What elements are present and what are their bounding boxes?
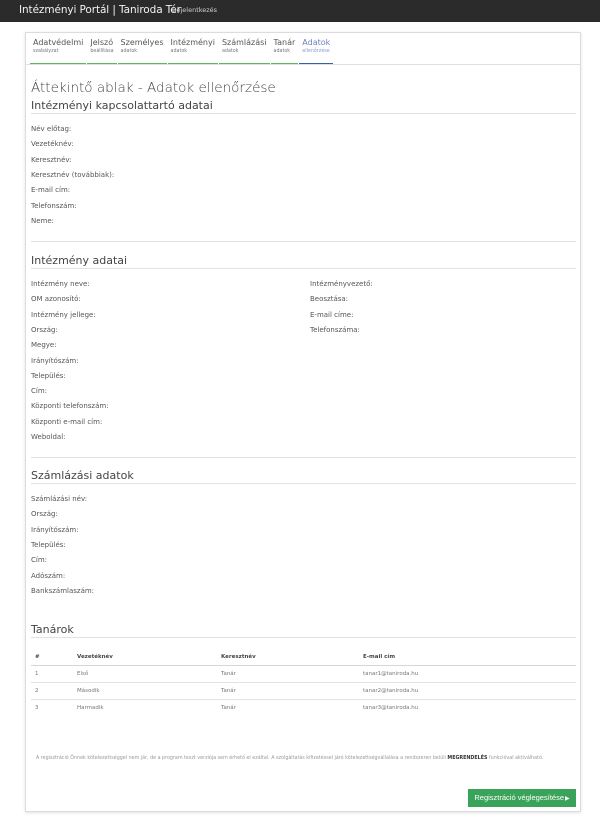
table-cell: tanar3@taniroda.hu	[359, 699, 576, 716]
section-rule	[31, 113, 576, 114]
tab-title: Tanár	[274, 38, 296, 48]
billing-field-label: Település:	[31, 541, 66, 549]
contact-field-label: Keresztnév (továbbiak):	[31, 171, 114, 179]
tab-title: Adatok	[302, 38, 330, 48]
billing-field-label: Irányítószám:	[31, 526, 79, 534]
institution-field-label: Intézmény jellege:	[31, 311, 96, 319]
contact-field-label: Név előtag:	[31, 125, 71, 133]
tabs-divider	[26, 64, 580, 65]
table-cell: Első	[73, 665, 217, 682]
table-cell: Tanár	[217, 682, 359, 699]
wizard-tabs: AdatvédelmiszabályzatJelszóbeállításaSze…	[30, 38, 334, 64]
institution-field-label: Intézmény neve:	[31, 280, 90, 288]
tab-tan-r[interactable]: Tanáradatok	[271, 38, 299, 64]
tab-subtitle: szabályzat	[33, 48, 83, 56]
institution-field-label: Megye:	[31, 341, 57, 349]
column-header: Vezetéknév	[73, 649, 217, 665]
tab-title: Jelszó	[90, 38, 113, 48]
tab-szem-lyes[interactable]: Személyesadatok	[118, 38, 167, 64]
table-cell: Második	[73, 682, 217, 699]
table-cell: Harmadik	[73, 699, 217, 716]
contact-field-label: Vezetéknév:	[31, 140, 74, 148]
column-header: Keresztnév	[217, 649, 359, 665]
billing-field-label: Bankszámlaszám:	[31, 587, 94, 595]
tab-subtitle: adatok	[274, 48, 296, 56]
section-title-institution: Intézmény adatai	[31, 254, 127, 267]
teachers-table: #VezetéknévKeresztnévE-mail cím 1ElsőTan…	[31, 649, 576, 716]
institution-field-label: Cím:	[31, 387, 47, 395]
section-divider	[31, 241, 576, 242]
institution-leader-field-label: Intézményvezető:	[310, 280, 373, 288]
finalize-registration-label: Regisztráció véglegesítése	[474, 793, 564, 802]
caret-right-icon: ▶	[565, 796, 570, 802]
institution-leader-field-label: E-mail címe:	[310, 311, 353, 319]
billing-field-label: Cím:	[31, 556, 47, 564]
institution-field-label: OM azonosító:	[31, 295, 81, 303]
tab-title: Személyes	[121, 38, 164, 48]
tab-sz-ml-z-si[interactable]: Számlázásiadatok	[219, 38, 270, 64]
table-cell: tanar1@taniroda.hu	[359, 665, 576, 682]
institution-field-label: Ország:	[31, 326, 58, 334]
billing-field-label: Számlázási név:	[31, 495, 87, 503]
tab-subtitle: adatok	[171, 48, 215, 56]
institution-field-label: Központi telefonszám:	[31, 402, 109, 410]
institution-field-label: Központi e-mail cím:	[31, 418, 102, 426]
billing-field-label: Adószám:	[31, 572, 65, 580]
tab-title: Számlázási	[222, 38, 267, 48]
section-rule	[31, 268, 576, 269]
table-cell: 3	[31, 699, 73, 716]
table-row: 2MásodikTanártanar2@taniroda.hu	[31, 682, 576, 699]
tab-adatv-delmi[interactable]: Adatvédelmiszabályzat	[30, 38, 86, 64]
contact-field-label: Keresztnév:	[31, 156, 72, 164]
tab-subtitle: beállítása	[90, 48, 113, 56]
contact-field-label: E-mail cím:	[31, 186, 70, 194]
page-title: Áttekintő ablak - Adatok ellenőrzése	[31, 80, 276, 96]
institution-leader-field-label: Beosztása:	[310, 295, 348, 303]
section-title-teachers: Tanárok	[31, 623, 74, 636]
tab-subtitle: adatok	[222, 48, 267, 56]
table-cell: 1	[31, 665, 73, 682]
notice-text-after: funkcióval aktiválható.	[487, 756, 543, 761]
tab-subtitle: adatok	[121, 48, 164, 56]
brand-title[interactable]: Intézményi Portál | Taniroda Tér	[19, 4, 181, 16]
column-header: E-mail cím	[359, 649, 576, 665]
section-rule	[31, 483, 576, 484]
institution-field-label: Település:	[31, 372, 66, 380]
section-rule	[31, 637, 576, 638]
institution-field-label: Irányítószám:	[31, 357, 79, 365]
institution-field-label: Weboldal:	[31, 433, 66, 441]
tab-int-zm-nyi[interactable]: Intézményiadatok	[168, 38, 218, 64]
tab-title: Adatvédelmi	[33, 38, 83, 48]
table-cell: 2	[31, 682, 73, 699]
finalize-registration-button[interactable]: Regisztráció véglegesítése▶	[468, 789, 576, 807]
contact-field-label: Neme:	[31, 217, 54, 225]
contact-field-label: Telefonszám:	[31, 202, 77, 210]
tab-title: Intézményi	[171, 38, 215, 48]
section-divider	[31, 457, 576, 458]
review-panel: AdatvédelmiszabályzatJelszóbeállításaSze…	[25, 32, 581, 812]
tab-adatok-active[interactable]: Adatokellenőrzése	[299, 38, 333, 64]
table-cell: tanar2@taniroda.hu	[359, 682, 576, 699]
table-cell: Tanár	[217, 665, 359, 682]
column-header: #	[31, 649, 73, 665]
registration-notice: A regisztráció Önnek kötelezettséggel ne…	[36, 755, 571, 763]
tab-jelsz-[interactable]: Jelszóbeállítása	[87, 38, 116, 64]
top-navbar: Intézményi Portál | Taniroda Tér Bejelen…	[0, 0, 600, 22]
section-title-contact: Intézményi kapcsolattartó adatai	[31, 99, 213, 112]
notice-emphasis: MEGRENDELÉS	[447, 756, 487, 761]
table-row: 1ElsőTanártanar1@taniroda.hu	[31, 665, 576, 682]
institution-leader-field-label: Telefonszáma:	[310, 326, 360, 334]
section-title-billing: Számlázási adatok	[31, 469, 134, 482]
table-cell: Tanár	[217, 699, 359, 716]
billing-field-label: Ország:	[31, 510, 58, 518]
login-link[interactable]: Bejelentkezés	[172, 6, 217, 14]
tab-subtitle: ellenőrzése	[302, 48, 330, 56]
table-row: 3HarmadikTanártanar3@taniroda.hu	[31, 699, 576, 716]
notice-text-before: A regisztráció Önnek kötelezettséggel ne…	[36, 756, 447, 761]
